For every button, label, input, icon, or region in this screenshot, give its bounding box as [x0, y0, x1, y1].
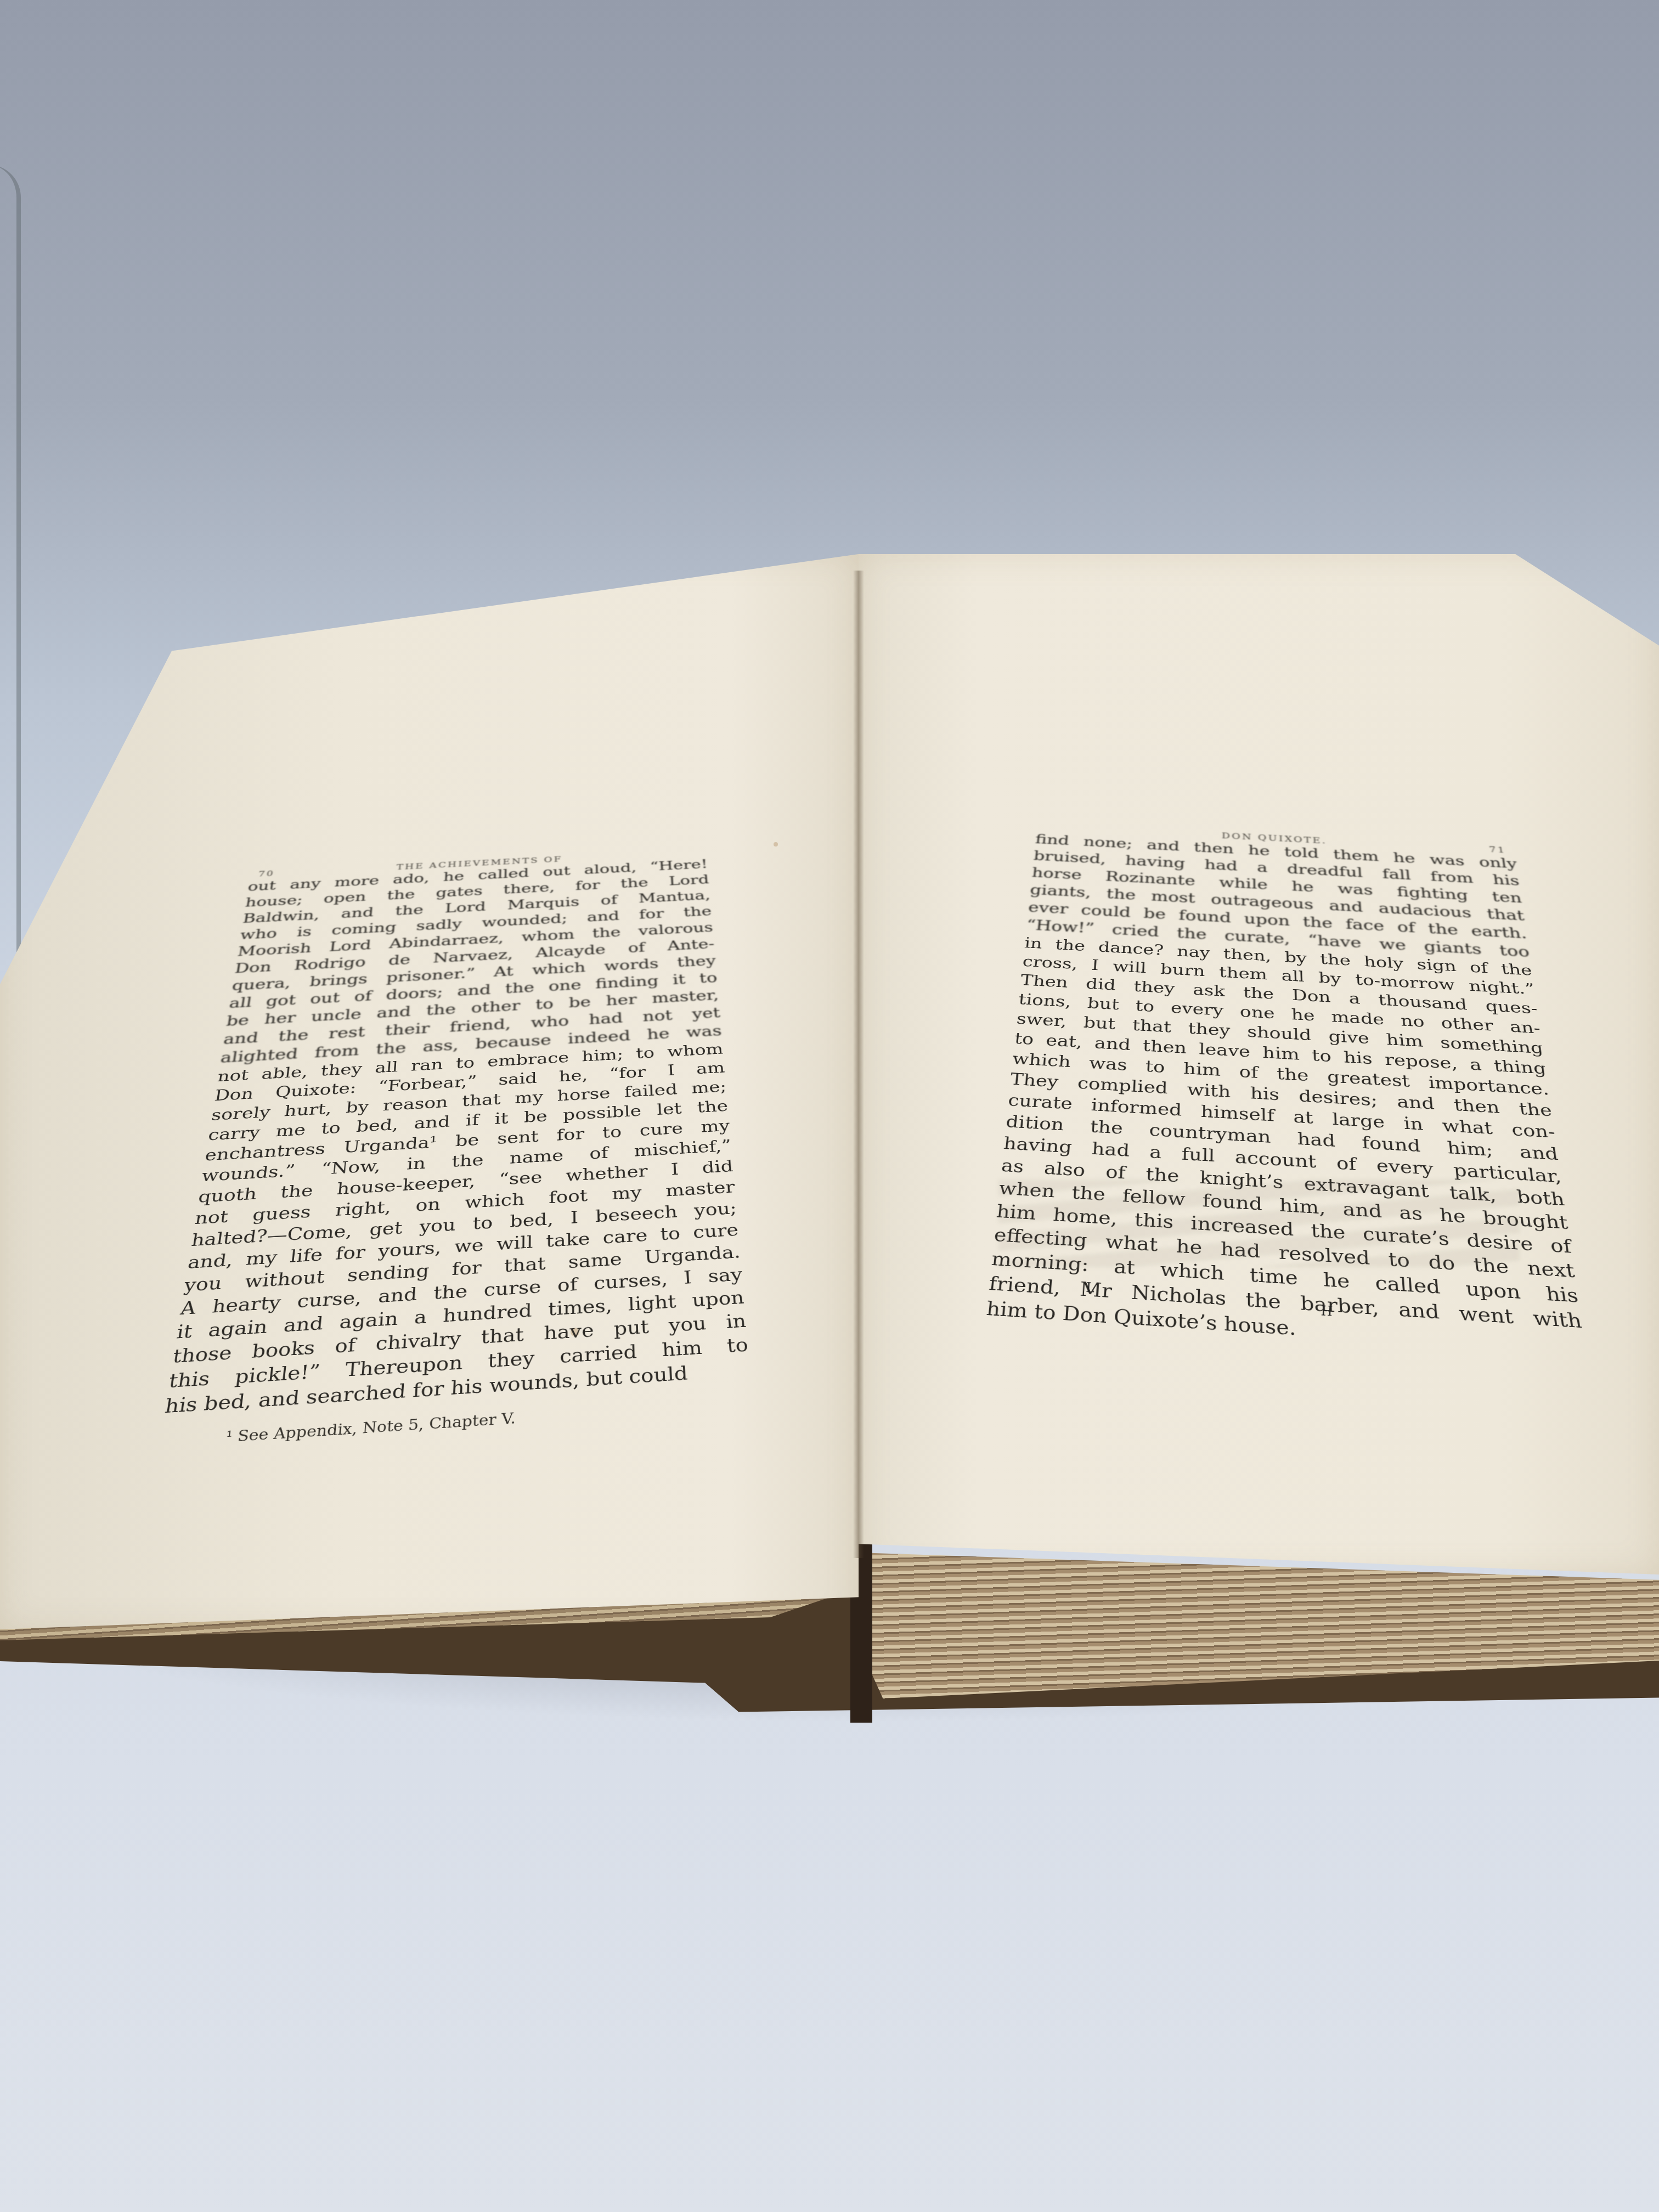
left-page-text: 70 THE ACHIEVEMENTS OF out any more ado,… [157, 844, 754, 1454]
show-through-text [998, 1180, 1520, 1267]
right-page-lines: find none; and then he told them he was … [985, 831, 1587, 1360]
signature-mark-letter: H [1321, 1303, 1333, 1319]
signature-mark-volume: I. [1086, 1280, 1096, 1296]
foxing-spot [774, 842, 778, 847]
right-page-text: DON QUIXOTE. 71 find none; and then he t… [985, 818, 1587, 1361]
left-page-lines: out any more ado, he called out aloud, “… [163, 856, 751, 1419]
glass-object-edge [0, 165, 21, 988]
gutter-fold [853, 571, 864, 1558]
